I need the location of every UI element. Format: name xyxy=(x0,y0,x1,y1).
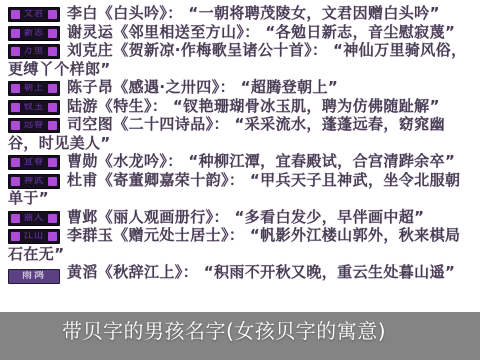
name-badge: 丽人 xyxy=(8,211,60,226)
list-item: 丽人曹邺《丽人观画册行》： “多看白发少，早伴画中超” xyxy=(8,208,474,227)
entry-text: 陈子昂《感遇·之卅四》： “超腾登朝上” xyxy=(67,78,338,96)
badge-left-block-icon xyxy=(11,232,20,241)
name-badge: 新志 xyxy=(8,26,60,41)
name-badge: 远春 xyxy=(8,118,60,133)
badge-right-block-icon xyxy=(48,214,57,223)
badge-right-block-icon xyxy=(48,103,57,112)
name-badge: 宜春 xyxy=(8,155,60,170)
entry-text: 李白《白头吟》： “一朝将聘茂陵女，文君因赠白头吟” xyxy=(67,4,440,22)
name-badge: 文君 xyxy=(8,7,60,22)
entry-text: 李群玉《赠元处士居士》： “帆影外江楼山郭外，秋来棋局石在无” xyxy=(8,226,460,263)
badge-left-block-icon xyxy=(11,103,20,112)
name-badge: 钗玉 xyxy=(8,100,60,115)
badge-left-block-icon xyxy=(11,214,20,223)
badge-name-label: 宜春 xyxy=(24,158,44,167)
list-item: 宜春曹勋《水龙吟》： “种柳江潭，宜春殿试，合宫清跸余卒” xyxy=(8,152,474,171)
badge-name-label: 丽人 xyxy=(24,214,44,223)
list-item: 神武杜甫《寄董卿嘉荣十韵》： “甲兵天子且神武，坐令北服朝单于” xyxy=(8,171,474,208)
entry-text: 司空图《二十四诗品》： “采采流水，蓬蓬远春，窈窕幽谷，时见美人” xyxy=(8,115,445,152)
badge-right-block-icon xyxy=(48,84,57,93)
badge-name-label: 远春 xyxy=(24,121,44,130)
entry-text: 谢灵运《邻里相送至方山》： “各勉日新志，音尘慰寂蔑” xyxy=(67,23,455,41)
list-item: 朝上陈子昂《感遇·之卅四》： “超腾登朝上” xyxy=(8,78,474,97)
list-item: 文君李白《白头吟》： “一朝将聘茂陵女，文君因赠白头吟” xyxy=(8,4,474,23)
entry-text: 陆游《特生》： “钗艳珊瑚骨冰玉肌，聘为仿佛随趾解” xyxy=(67,97,440,115)
badge-right-block-icon xyxy=(48,158,57,167)
badge-right-block-icon xyxy=(48,29,57,38)
list-item: 江山李群玉《赠元处士居士》： “帆影外江楼山郭外，秋来棋局石在无” xyxy=(8,226,474,263)
badge-name-label: 朝上 xyxy=(24,84,44,93)
badge-left-block-icon xyxy=(11,29,20,38)
badge-right-block-icon xyxy=(48,232,57,241)
badge-left-block-icon xyxy=(11,158,20,167)
badge-right-block-icon xyxy=(48,121,57,130)
name-badge: 朝上 xyxy=(8,81,60,96)
badge-left-block-icon xyxy=(11,10,20,19)
entry-text: 杜甫《寄董卿嘉荣十韵》： “甲兵天子且神武，坐令北服朝单于” xyxy=(8,171,460,208)
list-item: 新志谢灵运《邻里相送至方山》： “各勉日新志，音尘慰寂蔑” xyxy=(8,23,474,42)
badge-name-label: 文君 xyxy=(24,10,44,19)
badge-name-label: 江山 xyxy=(24,232,44,241)
list-item: 远春司空图《二十四诗品》： “采采流水，蓬蓬远春，窈窕幽谷，时见美人” xyxy=(8,115,474,152)
list-item: 雨鸿黄滔《秋辞江上》： “积雨不开秋又晚，重云生处暮山遥” xyxy=(8,263,474,284)
badge-left-block-icon xyxy=(11,47,20,56)
badge-name-label: 新志 xyxy=(24,29,44,38)
badge-left-block-icon xyxy=(11,84,20,93)
list-item: 钗玉陆游《特生》： “钗艳珊瑚骨冰玉肌，聘为仿佛随趾解” xyxy=(8,97,474,116)
title-overlay-bar[interactable]: 带贝字的男孩名字(女孩贝字的寓意) xyxy=(0,312,480,360)
badge-name-label: 雨鸿 xyxy=(22,271,46,281)
badge-name-label: 万里 xyxy=(24,47,44,56)
page-title: 带贝字的男孩名字(女孩贝字的寓意) xyxy=(0,312,480,344)
badge-left-block-icon xyxy=(11,177,20,186)
badge-left-block-icon xyxy=(11,121,20,130)
name-badge: 万里 xyxy=(8,44,60,59)
badge-right-block-icon xyxy=(48,47,57,56)
name-badge-highlighted: 雨鸿 xyxy=(8,269,60,284)
name-badge: 神武 xyxy=(8,174,60,189)
badge-name-label: 神武 xyxy=(24,177,44,186)
entry-text: 黄滔《秋辞江上》： “积雨不开秋又晚，重云生处暮山遥” xyxy=(67,263,455,281)
name-entry-list: 文君李白《白头吟》： “一朝将聘茂陵女，文君因赠白头吟” 新志谢灵运《邻里相送至… xyxy=(0,0,480,284)
badge-right-block-icon xyxy=(48,10,57,19)
list-item: 万里刘克庄《贺新凉·作梅歌呈诸公十首》： “神仙万里骑风俗，更缚丫个样郎” xyxy=(8,41,474,78)
name-badge: 江山 xyxy=(8,229,60,244)
entry-text: 刘克庄《贺新凉·作梅歌呈诸公十首》： “神仙万里骑风俗，更缚丫个样郎” xyxy=(8,41,466,78)
article-page: 文君李白《白头吟》： “一朝将聘茂陵女，文君因赠白头吟” 新志谢灵运《邻里相送至… xyxy=(0,0,480,360)
badge-name-label: 钗玉 xyxy=(24,103,44,112)
entry-text: 曹邺《丽人观画册行》： “多看白发少，早伴画中超” xyxy=(67,208,424,226)
badge-right-block-icon xyxy=(48,177,57,186)
entry-text: 曹勋《水龙吟》： “种柳江潭，宜春殿试，合宫清跸余卒” xyxy=(67,152,455,170)
